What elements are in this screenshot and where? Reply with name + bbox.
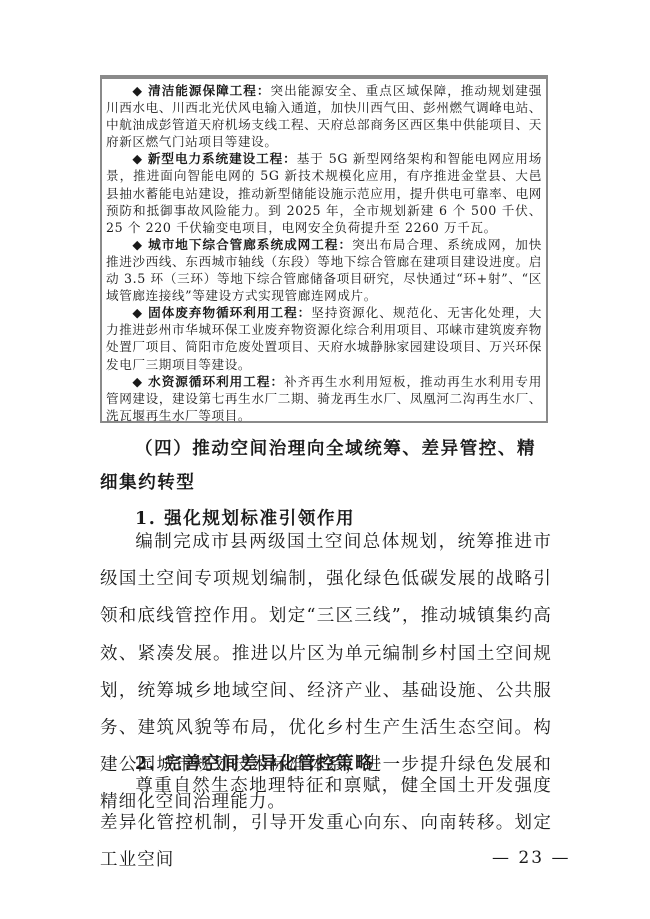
callout-item-power-system: ◆ 新型电力系统建设工程：基于 5G 新型网络架构和智能电网应用场景，推进面向智… [106,150,542,235]
diamond-bullet-icon: ◆ [132,305,143,320]
callout-item-title: 清洁能源保障工程： [148,83,270,98]
callout-item-water-recycling: ◆ 水资源循环利用工程：补齐再生水利用短板，推动再生水利用专用管网建设，建设第七… [106,373,542,424]
project-callout-box: ◆ 清洁能源保障工程：突出能源安全、重点区域保障，推动规划建强川西水电、川西北光… [100,75,548,423]
callout-item-clean-energy: ◆ 清洁能源保障工程：突出能源安全、重点区域保障，推动规划建强川西水电、川西北光… [106,82,542,150]
diamond-bullet-icon: ◆ [132,237,143,252]
callout-item-title: 水资源循环利用工程： [148,374,284,389]
body-paragraph-2: 尊重自然生态地理特征和禀赋，健全国土开发强度差异化管控机制，引导开发重心向东、向… [100,768,552,880]
callout-item-solid-waste: ◆ 固体废弃物循环利用工程：坚持资源化、规范化、无害化处理，大力推进彭州市华城环… [106,304,542,372]
callout-item-title: 新型电力系统建设工程： [148,151,297,166]
callout-item-title: 城市地下综合管廊系统成网工程： [148,237,352,252]
diamond-bullet-icon: ◆ [132,151,143,166]
page-number: — 23 — [492,848,570,868]
section-heading: （四）推动空间治理向全域统筹、差异管控、精细集约转型 [100,432,552,500]
callout-item-utility-tunnel: ◆ 城市地下综合管廊系统成网工程：突出布局合理、系统成网，加快推进沙西线、东西城… [106,236,542,304]
callout-item-title: 固体废弃物循环利用工程： [148,305,311,320]
diamond-bullet-icon: ◆ [132,374,143,389]
diamond-bullet-icon: ◆ [132,83,143,98]
